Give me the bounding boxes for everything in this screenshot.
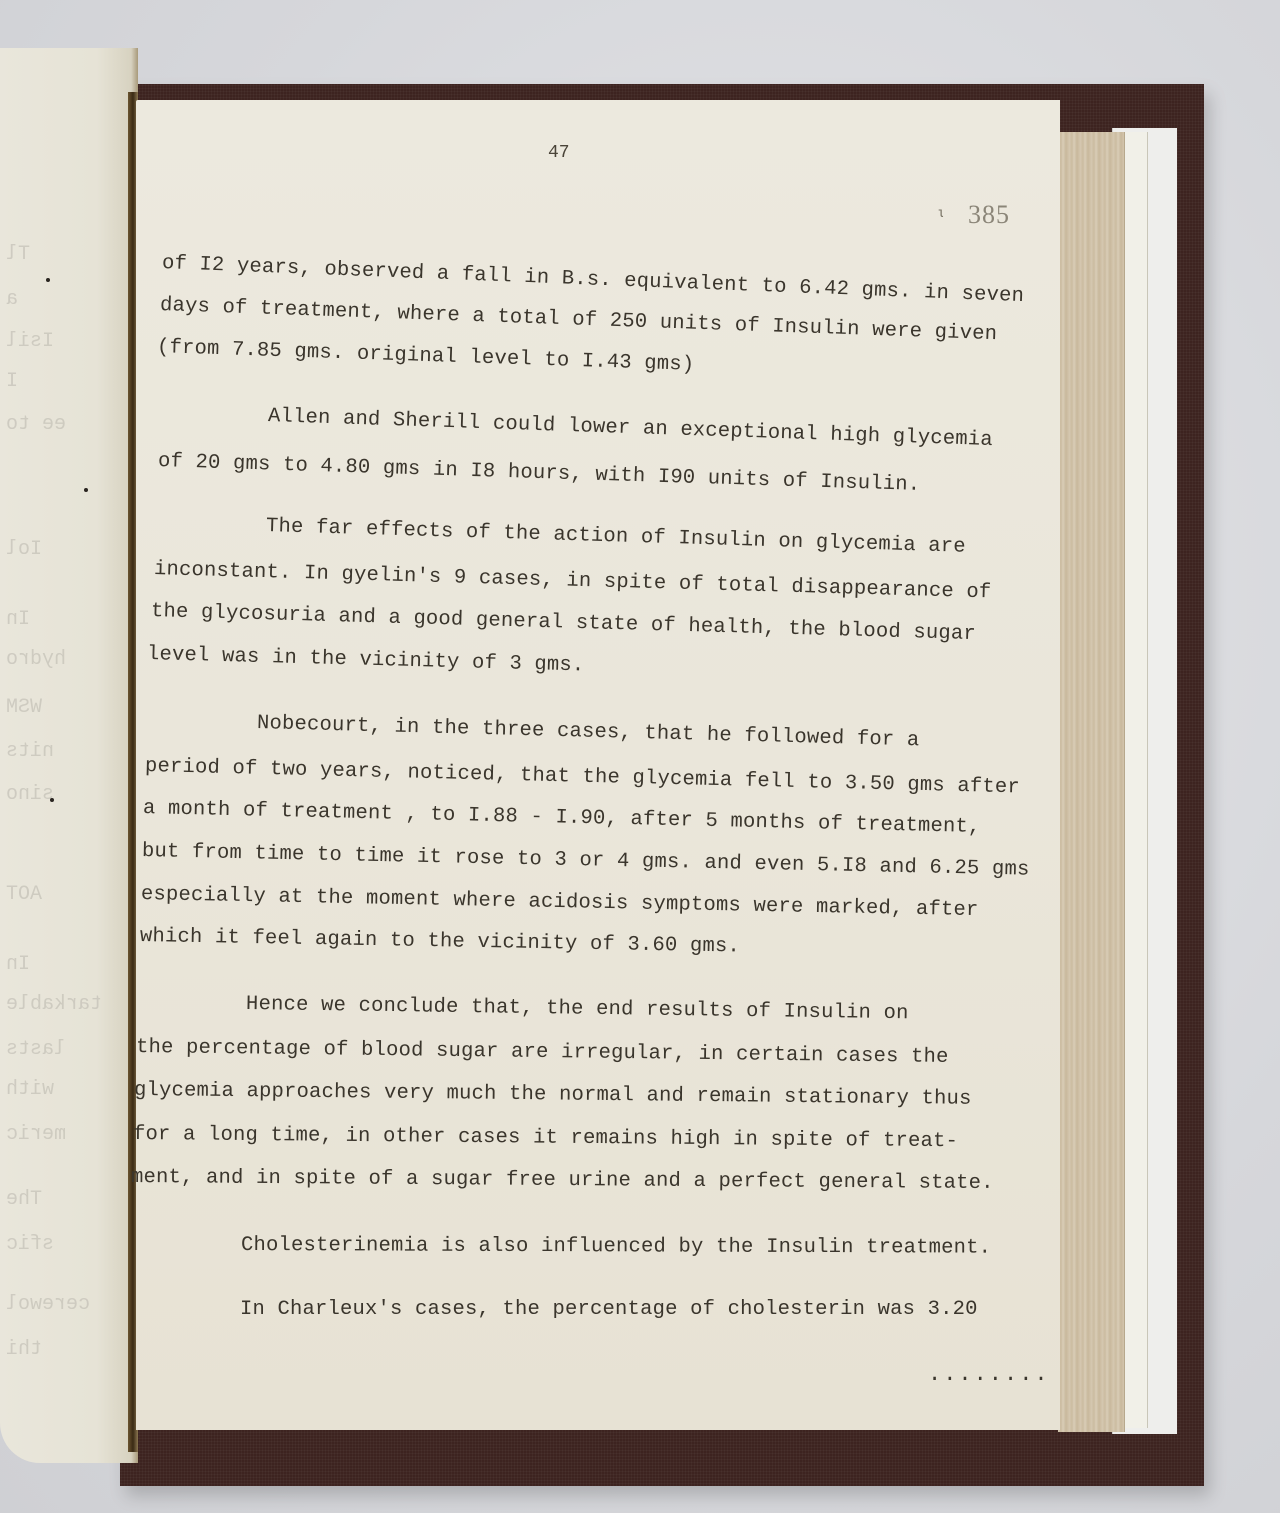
page-stack-edge — [1058, 132, 1125, 1432]
page-number: 47 — [548, 143, 570, 163]
bleed-through-text: sino — [6, 783, 54, 806]
bleed-through-text: I — [6, 370, 18, 393]
bleed-through-text: ee to — [6, 413, 66, 436]
ink-speck — [50, 798, 54, 802]
bleed-through-text: cerewol — [6, 1293, 90, 1316]
bleed-through-text: In — [6, 953, 30, 976]
text-line: In Charleux's cases, the percentage of c… — [240, 1298, 978, 1321]
bleed-through-text: nits — [6, 740, 54, 763]
continuation-marker: ........ — [928, 1362, 1050, 1387]
bleed-through-text: Tl — [6, 243, 30, 266]
bleed-through-text: AOT — [6, 883, 42, 906]
bleed-through-text: The — [6, 1188, 42, 1211]
bleed-through-text: a — [6, 288, 18, 311]
bleed-through-text: hydro — [6, 648, 66, 671]
bleed-through-text: Iol — [6, 538, 42, 561]
bleed-through-text: tarkable — [6, 993, 102, 1016]
bleed-through-text: meric — [6, 1123, 66, 1146]
bleed-through-text: lasts — [6, 1038, 66, 1061]
ink-speck — [46, 278, 50, 282]
archive-stamp-number: 385 — [968, 200, 1010, 230]
bleed-through-text: with — [6, 1078, 54, 1101]
left-page: Tl a Isil I ee to Iol In hydro WSM nits … — [0, 48, 138, 1463]
bleed-through-text: thi — [6, 1338, 42, 1361]
bleed-through-text: Isil — [6, 330, 54, 353]
bleed-through-text: WSM — [6, 696, 42, 719]
text-line: Cholesterinemia is also influenced by th… — [241, 1234, 991, 1260]
ink-speck — [84, 488, 88, 492]
archive-stamp-mark: ɩ — [937, 206, 945, 222]
bleed-through-text: sfic — [6, 1233, 54, 1256]
bleed-through-text: In — [6, 608, 30, 631]
